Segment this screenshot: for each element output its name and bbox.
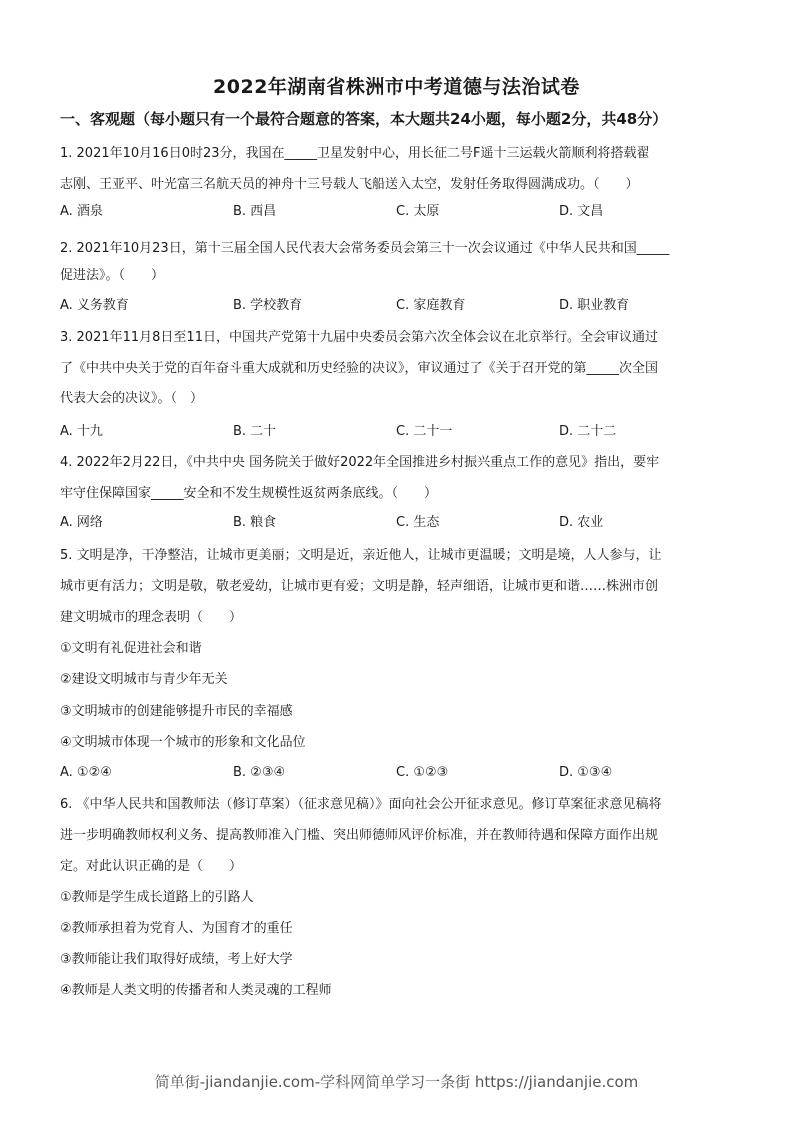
question-5-line-1: 5. 文明是净，干净整洁，让城市更美丽；文明是近，亲近他人，让城市更温暖；文明是… <box>60 547 740 565</box>
question-2-line-2: 促进法》。（ ） <box>60 267 740 285</box>
question-4-line-1: 4. 2022年2月22日，《中共中央 国务院关于做好2022年全国推进乡村振兴… <box>60 454 740 472</box>
question-3-line-3: 代表大会的决议》。（ ） <box>60 390 740 408</box>
option-b: B. 粮食 <box>233 514 276 532</box>
question-6-statement-4: ④教师是人类文明的传播者和人类灵魂的工程师 <box>60 982 740 1000</box>
question-5-line-3: 建文明城市的理念表明（ ） <box>60 609 740 627</box>
question-2-line-1: 2. 2021年10月23日，第十三届全国人民代表大会常务委员会第三十一次会议通… <box>60 240 740 258</box>
option-d: D. ①③④ <box>559 764 612 782</box>
question-1-line-1: 1. 2021年10月16日0时23分，我国在_____卫星发射中心，用长征二号… <box>60 145 740 163</box>
option-b: B. ②③④ <box>233 764 285 782</box>
option-d: D. 职业教育 <box>559 297 629 315</box>
option-d: D. 二十二 <box>559 423 616 441</box>
option-a: A. 十九 <box>60 423 103 441</box>
footer-watermark: 简单街-jiandanjie.com-学科网简单学习一条街 https://ji… <box>0 1071 793 1092</box>
option-a: A. ①②④ <box>60 764 112 782</box>
option-d: D. 农业 <box>559 514 603 532</box>
option-a: A. 义务教育 <box>60 297 129 315</box>
question-6-statement-2: ②教师承担着为党育人、为国育才的重任 <box>60 920 740 938</box>
question-3-line-1: 3. 2021年11月8日至11日，中国共产党第十九届中央委员会第六次全体会议在… <box>60 329 740 347</box>
option-c: C. 太原 <box>396 203 439 221</box>
question-5-line-2: 城市更有活力；文明是敬，敬老爱幼，让城市更有爱；文明是静，轻声细语，让城市更和谐… <box>60 578 740 596</box>
question-4-line-2: 牢守住保障国家_____安全和不发生规模性返贫两条底线。（ ） <box>60 485 740 503</box>
option-a: A. 酒泉 <box>60 203 103 221</box>
question-5-statement-1: ①文明有礼促进社会和谐 <box>60 640 740 658</box>
question-5-statement-4: ④文明城市体现一个城市的形象和文化品位 <box>60 734 740 752</box>
option-d: D. 文昌 <box>559 203 603 221</box>
question-5-options: A. ①②④ B. ②③④ C. ①②③ D. ①③④ <box>60 764 740 782</box>
section-heading: 一、客观题（每小题只有一个最符合题意的答案，本大题共24小题，每小题2分，共48… <box>60 108 750 129</box>
question-1-options: A. 酒泉 B. 西昌 C. 太原 D. 文昌 <box>60 203 740 221</box>
question-6-statement-1: ①教师是学生成长道路上的引路人 <box>60 889 740 907</box>
question-1-line-2: 志刚、王亚平、叶光富三名航天员的神舟十三号载人飞船送入太空，发射任务取得圆满成功… <box>60 176 740 194</box>
option-c: C. 二十一 <box>396 423 452 441</box>
option-c: C. ①②③ <box>396 764 448 782</box>
question-3-line-2: 了《中共中央关于党的百年奋斗重大成就和历史经验的决议》，审议通过了《关于召开党的… <box>60 360 740 378</box>
option-a: A. 网络 <box>60 514 103 532</box>
question-6-statement-3: ③教师能让我们取得好成绩，考上好大学 <box>60 951 740 969</box>
question-6-line-2: 进一步明确教师权利义务、提高教师准入门槛、突出师德师风评价标准，并在教师待遇和保… <box>60 827 740 845</box>
option-c: C. 生态 <box>396 514 439 532</box>
question-4-options: A. 网络 B. 粮食 C. 生态 D. 农业 <box>60 514 740 532</box>
option-b: B. 学校教育 <box>233 297 302 315</box>
option-c: C. 家庭教育 <box>396 297 465 315</box>
question-6-line-3: 定。对此认识正确的是（ ） <box>60 858 740 876</box>
question-3-options: A. 十九 B. 二十 C. 二十一 D. 二十二 <box>60 423 740 441</box>
question-5-statement-3: ③文明城市的创建能够提升市民的幸福感 <box>60 703 740 721</box>
option-b: B. 西昌 <box>233 203 276 221</box>
page-title: 2022年湖南省株洲市中考道德与法治试卷 <box>0 72 793 99</box>
question-5-statement-2: ②建设文明城市与青少年无关 <box>60 671 740 689</box>
option-b: B. 二十 <box>233 423 276 441</box>
question-6-line-1: 6. 《中华人民共和国教师法（修订草案）（征求意见稿）》面向社会公开征求意见。修… <box>60 796 740 814</box>
question-2-options: A. 义务教育 B. 学校教育 C. 家庭教育 D. 职业教育 <box>60 297 740 315</box>
exam-page: 2022年湖南省株洲市中考道德与法治试卷 一、客观题（每小题只有一个最符合题意的… <box>0 0 793 1122</box>
